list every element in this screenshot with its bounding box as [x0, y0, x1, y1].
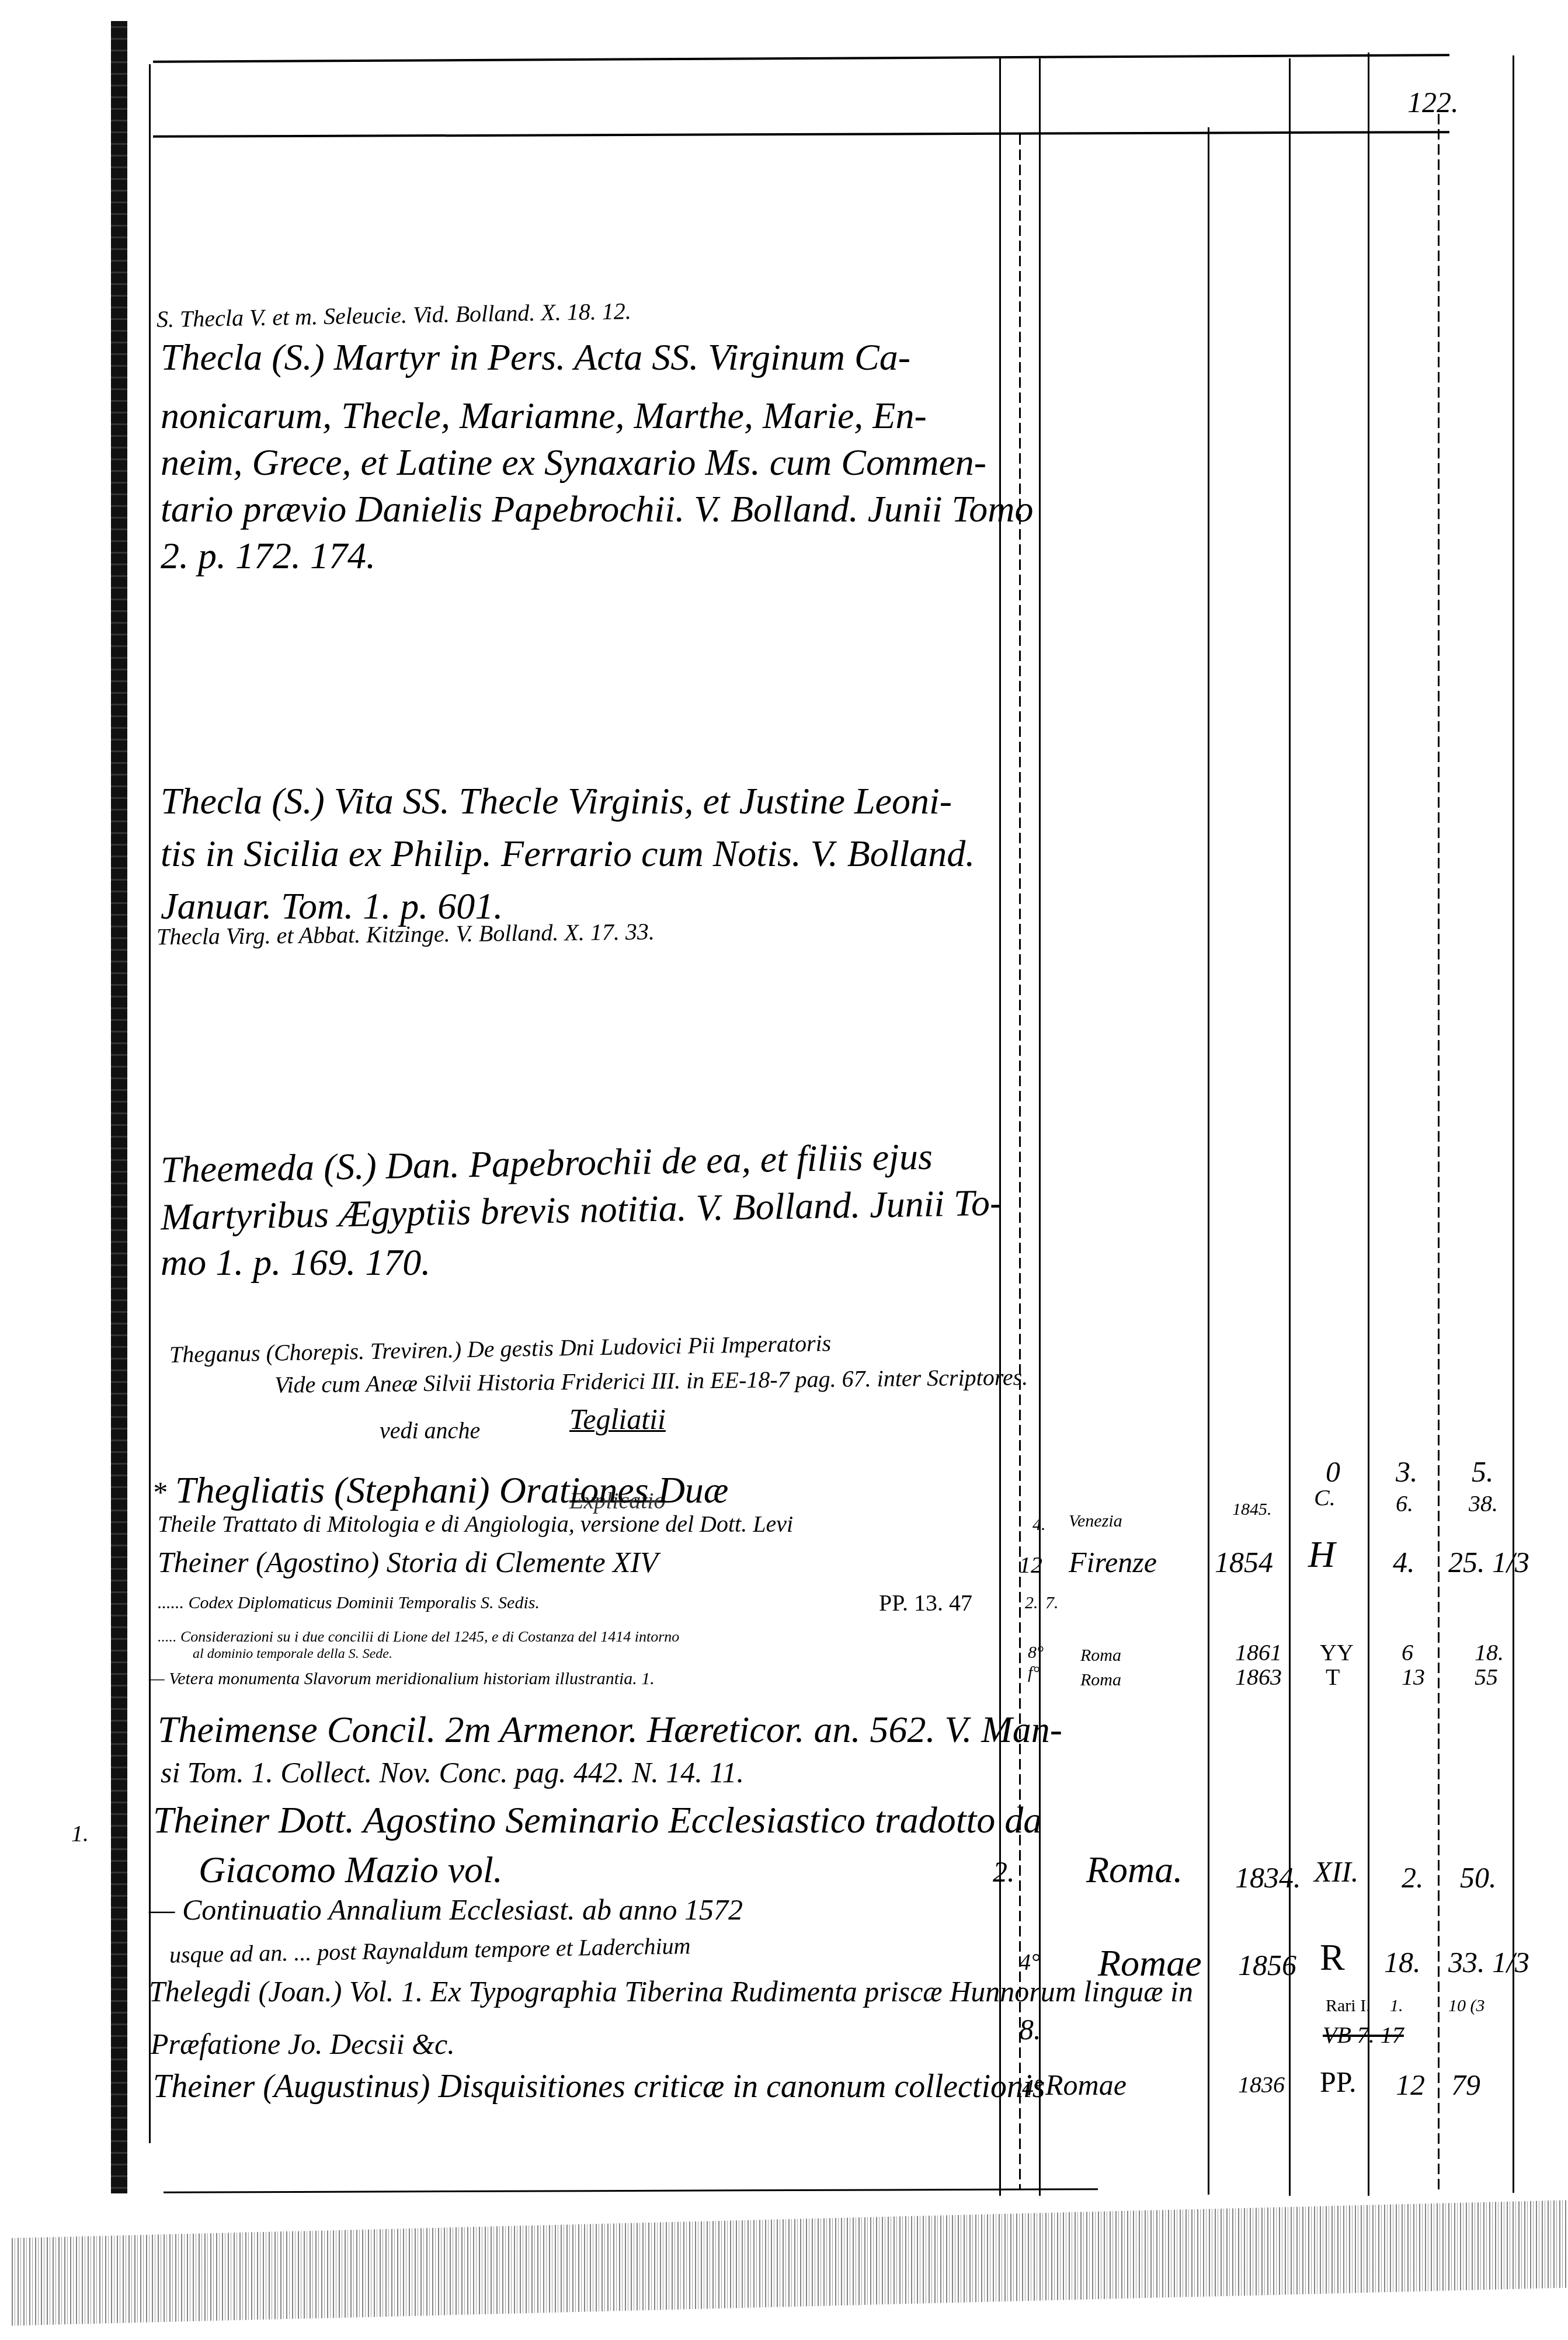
- entry-theiner-seminario-line-2: Giacomo Mazio vol.: [199, 1851, 503, 1889]
- theiner-codex-format: 2.: [1025, 1594, 1038, 1612]
- theiner-vetera-number: 55: [1475, 1666, 1498, 1689]
- theiner-continuatio-format: 4°: [1019, 1950, 1040, 1974]
- theiner-disquisitiones-place: Romae: [1045, 2070, 1127, 2099]
- thelegdi-shelf: Rari I.: [1326, 1997, 1371, 2015]
- entry-theimense-line-1: Theimense Concil. 2m Armenor. Hæreticor.…: [158, 1711, 1062, 1748]
- entry-thelegdi-line-1: Thelegdi (Joan.) Vol. 1. Ex Typographia …: [149, 1977, 1193, 2006]
- theiner-continuatio-year: 1856: [1238, 1950, 1296, 1980]
- theiner-disquisitiones-format: 4°: [1022, 2076, 1043, 2099]
- entry-theiner-disquisitiones: Theiner (Augustinus) Disquisitiones crit…: [153, 2070, 1045, 2103]
- theile-number: 38.: [1469, 1492, 1498, 1515]
- entry-thecla-vita-line-2: tis in Sicilia ex Philip. Ferrario cum N…: [161, 835, 975, 872]
- entry-thecla-martyr-line-4: tario prævio Danielis Papebrochii. V. Bo…: [161, 491, 1034, 528]
- thegliatis-struck-word: Explicatio: [569, 1489, 665, 1513]
- theiner-clemente-number: 25. 1/3: [1448, 1548, 1529, 1577]
- entry-theiner-vetera: — Vetera monumenta Slavorum meridionaliu…: [149, 1670, 655, 1688]
- theiner-disquisitiones-tier: 12: [1396, 2070, 1425, 2099]
- thelegdi-struck-ref: VB 7. 17: [1323, 2023, 1404, 2047]
- theiner-seminario-margin-note: 1.: [71, 1822, 89, 1845]
- entry-theile: Theile Trattato di Mitologia e di Angiol…: [158, 1513, 793, 1536]
- thelegdi-number: 10 (3: [1448, 1997, 1485, 2015]
- page-number: 122.: [1407, 88, 1459, 117]
- entry-theiner-considerazioni-line-1: ..... Considerazioni su i due concilii d…: [158, 1629, 679, 1644]
- entry-thecla-martyr-line-3: neim, Grece, et Latine ex Synaxario Ms. …: [161, 444, 986, 481]
- entry-thelegdi-line-2: Præfatione Jo. Decsii &c.: [151, 2029, 455, 2059]
- entry-theiner-considerazioni-line-2: al dominio temporale della S. Sede.: [193, 1647, 392, 1661]
- entry-theganus-line-2: Vide cum Aneæ Silvii Historia Friderici …: [274, 1365, 1028, 1397]
- binding-edge: [111, 21, 127, 2193]
- theiner-continuatio-tier: 18.: [1384, 1948, 1421, 1977]
- entry-thecla-martyr-line-1: Thecla (S.) Martyr in Pers. Acta SS. Vir…: [161, 339, 910, 376]
- entry-theemeda-line-1: Theemeda (S.) Dan. Papebrochii de ea, et…: [161, 1138, 933, 1188]
- theiner-clemente-year: 1854: [1215, 1548, 1273, 1577]
- entry-theganus-line-1: Theganus (Chorepis. Treviren.) De gestis…: [169, 1331, 832, 1367]
- entry-thecla-martyr-line-2: nonicarum, Thecle, Mariamne, Marthe, Mar…: [161, 397, 927, 434]
- theile-shelf: C.: [1314, 1486, 1336, 1510]
- theiner-vetera-place: Roma: [1080, 1671, 1121, 1689]
- thelegdi-format: 8.: [1019, 2015, 1041, 2044]
- theiner-seminario-number: 50.: [1460, 1863, 1497, 1892]
- col-rule-number: [1438, 114, 1440, 2193]
- theiner-clemente-shelf: H: [1308, 1536, 1335, 1573]
- entry-theimense-line-2: si Tom. 1. Collect. Nov. Conc. pag. 442.…: [161, 1758, 744, 1787]
- top-rule: [153, 54, 1449, 63]
- see-also-label: vedi anche: [380, 1419, 480, 1442]
- theiner-codex-place: 7.: [1045, 1594, 1059, 1612]
- theiner-disquisitiones-year: 1836: [1238, 2073, 1285, 2096]
- entry-thecla-kitzinge: Thecla Virg. et Abbat. Kitzinge. V. Boll…: [157, 920, 655, 949]
- bottom-rule: [164, 2188, 1098, 2193]
- thegliatis-star: *: [152, 1477, 166, 1507]
- theiner-seminario-year: 1834.: [1235, 1863, 1301, 1892]
- ledger-page: 122. S. Thecla V. et m. Seleucie. Vid. B…: [0, 0, 1568, 2340]
- see-also-target: Tegliatii: [569, 1404, 666, 1434]
- theiner-considerazioni-place: Roma: [1080, 1647, 1121, 1664]
- col-rule-tier: [1368, 53, 1369, 2196]
- theiner-vetera-format: f°: [1028, 1664, 1039, 1682]
- theiner-disquisitiones-number: 79: [1451, 2070, 1480, 2099]
- thelegdi-tier: 1.: [1390, 1997, 1403, 2015]
- entry-theiner-seminario-line-1: Theiner Dott. Agostino Seminario Ecclesi…: [153, 1802, 1042, 1839]
- theiner-considerazioni-year: 1861: [1235, 1641, 1282, 1664]
- theiner-considerazioni-format: 8°: [1028, 1644, 1044, 1661]
- theile-tier: 6.: [1396, 1492, 1413, 1515]
- theiner-disquisitiones-shelf: PP.: [1320, 2067, 1357, 2096]
- theiner-clemente-format: 12: [1019, 1553, 1042, 1577]
- entry-thecla-martyr-line-5: 2. p. 172. 174.: [161, 537, 376, 575]
- theiner-continuatio-number: 33. 1/3: [1448, 1948, 1529, 1977]
- theiner-considerazioni-number: 18.: [1475, 1641, 1504, 1664]
- theiner-considerazioni-shelf: YY: [1320, 1641, 1354, 1664]
- entry-theemeda-line-3: mo 1. p. 169. 170.: [161, 1244, 430, 1281]
- theiner-vetera-tier: 13: [1402, 1666, 1425, 1689]
- theiner-considerazioni-tier: 6: [1402, 1641, 1413, 1664]
- thegliatis-shelf: 0: [1326, 1457, 1340, 1486]
- entry-theiner-clemente: Theiner (Agostino) Storia di Clemente XI…: [158, 1548, 658, 1577]
- col-rule-year: [1208, 127, 1209, 2195]
- theiner-seminario-shelf: XII.: [1314, 1857, 1358, 1886]
- theile-place: Venezia: [1069, 1513, 1122, 1530]
- entry-theiner-codex: ...... Codex Diplomaticus Dominii Tempor…: [158, 1594, 540, 1612]
- entry-theiner-continuatio-line-1: — Continuatio Annalium Ecclesiast. ab an…: [149, 1895, 743, 1924]
- theile-format: 4.: [1032, 1516, 1046, 1534]
- theiner-vetera-year: 1863: [1235, 1666, 1282, 1689]
- col-rule-format-dashed: [1019, 134, 1021, 2190]
- header-rule: [153, 131, 1449, 138]
- theiner-seminario-place: Roma.: [1086, 1851, 1183, 1889]
- entry-thecla-vita-line-3: Januar. Tom. 1. p. 601.: [161, 888, 503, 925]
- entry-theemeda-line-2: Martyribus Ægyptiis brevis notitia. V. B…: [161, 1184, 1003, 1236]
- thegliatis-number: 5.: [1472, 1457, 1494, 1486]
- theiner-clemente-place: Firenze: [1069, 1548, 1157, 1577]
- thegliatis-tier: 3.: [1396, 1457, 1418, 1486]
- theiner-continuatio-shelf: R: [1320, 1939, 1345, 1976]
- left-margin-rule: [149, 64, 151, 2143]
- theiner-seminario-tier: 2.: [1402, 1863, 1424, 1892]
- entry-thecla-seleucia: S. Thecla V. et m. Seleucie. Vid. Bollan…: [157, 300, 631, 331]
- theiner-vetera-shelf: T: [1326, 1666, 1340, 1689]
- scan-noise-bottom: [12, 2200, 1568, 2325]
- theiner-seminario-format: 2.: [993, 1857, 1015, 1886]
- theile-year: 1845.: [1232, 1501, 1272, 1518]
- theiner-clemente-tier: 4.: [1393, 1548, 1415, 1577]
- entry-theiner-continuatio-line-2: usque ad an. ... post Raynaldum tempore …: [169, 1934, 691, 1967]
- entry-thecla-vita-line-1: Thecla (S.) Vita SS. Thecle Virginis, et…: [161, 783, 952, 820]
- right-margin-rule: [1513, 55, 1514, 2193]
- theiner-codex-ref: PP. 13. 47: [879, 1591, 972, 1615]
- col-rule-place: [1039, 58, 1041, 2196]
